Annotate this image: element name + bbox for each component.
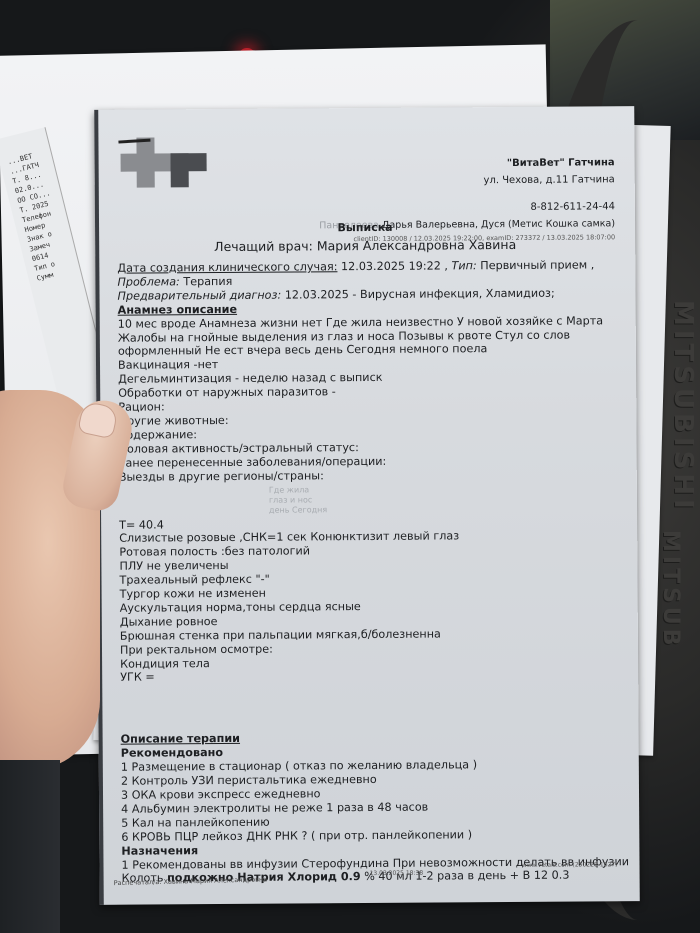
case-created-value: 12.03.2025 19:22 , [337, 259, 451, 273]
smudged-line: глаз и нос [269, 495, 327, 505]
smudged-text: Где жилаглаз и носдень Сегодня [269, 485, 327, 515]
attending-doctor: Лечащий врач: Мария Александровна Хавина [95, 236, 635, 255]
discharge-document: "ВитаВет" Гатчина ул. Чехова, д.11 Гатчи… [94, 106, 640, 905]
problem-label: Проблема: [117, 275, 179, 288]
clinic-logo-cross-icon [118, 135, 208, 196]
exam-section: T= 40.4Слизистые розовые ,СНК=1 сек Коню… [119, 515, 620, 685]
blank-area [120, 682, 620, 733]
document-body: Дата создания клинического случая: 12.03… [117, 258, 621, 886]
steering-wheel-brand-lower: MITSUB [658, 530, 683, 650]
clinic-phone: 8-812-611-24-44 [319, 198, 615, 217]
problem-value: Терапия [180, 275, 233, 288]
clinic-name: "ВитаВет" Гатчина [319, 154, 615, 173]
sleeve [0, 760, 60, 933]
clinic-address: ул. Чехова, д.11 Гатчина [319, 171, 615, 190]
smudged-line: день Сегодня [269, 505, 327, 515]
case-type-label: Тип: [451, 259, 476, 272]
smudged-area: Где жилаглаз и носдень Сегодня [119, 481, 619, 518]
diagnosis-value: 12.03.2025 - Вирусная инфекция, Хламидио… [281, 286, 555, 301]
anamnesis-section: 10 мес вроде Анамнеза жизни нет Где жила… [118, 314, 619, 484]
case-created-label: Дата создания клинического случая: [117, 260, 337, 275]
case-type-value: Первичный прием , [477, 258, 595, 272]
diagnosis-label: Предварительный диагноз: [117, 288, 281, 302]
steering-wheel-brand: MITSUBISHI [668, 300, 698, 513]
recommended-list: 1 Размещение в стационар ( отказ по жела… [121, 757, 622, 844]
smudged-line: Где жила [269, 485, 327, 495]
footer-site: www.vetais.com (250228-1627) [522, 861, 618, 869]
footer-print-date: 13.03.2025 18:38 [370, 870, 424, 877]
